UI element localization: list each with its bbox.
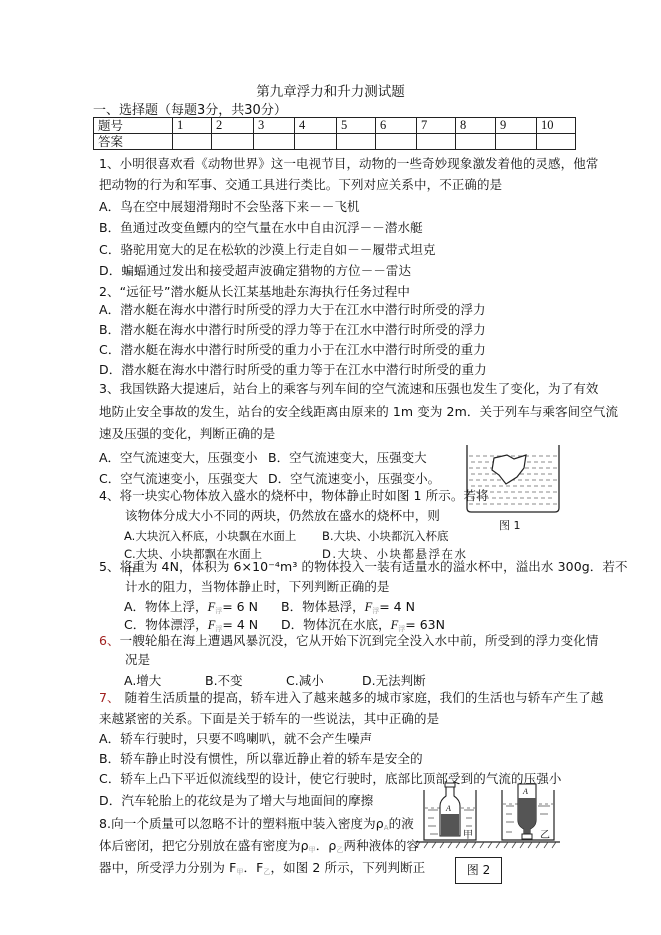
answer-cell-10[interactable] — [537, 134, 576, 150]
page-title: 第九章浮力和升力测试题 — [0, 80, 661, 100]
table-cell-col-8: 8 — [456, 118, 496, 134]
question-8-stem-line-2: 体后密闭，把它分别放在盛有密度为ρ甲．ρ乙两种液体的容 — [99, 838, 419, 858]
question-3-stem-line-2: 地防止安全事故的发生，站台的安全线距离由原来的 1m 变为 2m．关于列车与乘客… — [99, 404, 618, 419]
table-cell-col-10: 10 — [537, 118, 576, 134]
svg-text:A: A — [445, 804, 451, 813]
figure-2-label-yi: 乙 — [540, 829, 550, 841]
question-1-option-a: A．鸟在空中展翅滑翔时不会坠落下来－－飞机 — [99, 199, 360, 214]
answer-cell-6[interactable] — [376, 134, 417, 150]
table-cell-col-1: 1 — [173, 118, 212, 134]
question-7-stem-line-2: 来越紧密的关系。下面是关于轿车的一些说法，其中正确的是 — [99, 711, 439, 726]
table-cell-col-6: 6 — [376, 118, 417, 134]
question-6-stem-line-1: 6、一艘轮船在海上遭遇风暴沉没，它从开始下沉到完全没入水中前，所受到的浮力变化情 — [99, 633, 598, 648]
question-5-option-c: C．物体漂浮，F浮= 4 N — [124, 615, 258, 634]
question-1-option-d: D．蝙蝠通过发出和接受超声波确定猎物的方位－－雷达 — [99, 263, 411, 278]
question-4-option-a: A.大块沉入杯底，小块飘在水面上 — [124, 528, 296, 544]
table-header-question-number: 题号 — [94, 118, 173, 134]
question-6-option-a: A.增大 — [124, 671, 161, 689]
question-7-option-a: A．轿车行驶时，只要不鸣喇叭，就不会产生噪声 — [99, 731, 372, 746]
question-number: 6、 — [99, 633, 120, 648]
question-4-stem-line-1: 4、将一块实心物体放入盛水的烧杯中，物体静止时如图 1 所示。若将 — [99, 488, 489, 503]
table-cell-col-2: 2 — [212, 118, 254, 134]
question-7-stem-line-1: 7、随着生活质量的提高，轿车进入了越来越多的城市家庭，我们的生活也与轿车产生了越 — [99, 690, 603, 705]
svg-text:A: A — [522, 787, 528, 796]
question-5-option-b: B．物体悬浮，F浮= 4 N — [281, 597, 415, 616]
question-1-stem-line-2: 把动物的行为和军事、交通工具进行类比。下列对应关系中，不正确的是 — [99, 177, 502, 192]
answer-cell-7[interactable] — [417, 134, 456, 150]
question-2-option-c: C．潜水艇在海水中潜行时所受的重力小于在江水中潜行时所受的重力 — [99, 342, 486, 357]
figure-2-label-jia: 甲 — [463, 829, 473, 841]
question-2-stem: 2、“远征号”潜水艇从长江某基地赴东海执行任务过程中 — [99, 284, 410, 299]
question-number: 1、 — [99, 156, 120, 171]
question-3-stem-line-1: 3、我国铁路大提速后，站台上的乘客与列车间的空气流速和压强也发生了变化，为了有效 — [99, 381, 598, 396]
question-2-option-b: B．潜水艇在海水中潜行时所受的浮力等于在江水中潜行时所受的浮力 — [99, 322, 486, 337]
question-1-option-b: B．鱼通过改变鱼鳔内的空气量在水中自由沉浮－－潜水艇 — [99, 220, 423, 235]
answer-cell-1[interactable] — [173, 134, 212, 150]
question-6-option-c: C.减小 — [286, 671, 324, 689]
table-cell-col-5: 5 — [337, 118, 376, 134]
answer-cell-5[interactable] — [337, 134, 376, 150]
question-number: 2、 — [99, 284, 120, 299]
question-7-option-d: D．汽车轮胎上的花纹是为了增大与地面间的摩擦 — [99, 793, 373, 808]
figure-1-caption: 图 1 — [499, 517, 521, 533]
question-3-option-b: B．空气流速变大，压强变大 — [268, 448, 427, 466]
table-header-answer: 答案 — [94, 134, 173, 150]
answer-cell-3[interactable] — [254, 134, 295, 150]
question-1-stem-line-1: 1、小明很喜欢看《动物世界》这一电视节目，动物的一些奇妙现象激发着他的灵感，他常 — [99, 156, 598, 171]
answer-cell-8[interactable] — [456, 134, 496, 150]
table-row-question-numbers: 题号 1 2 3 4 5 6 7 8 9 10 — [94, 118, 576, 134]
question-5-option-a: A．物体上浮，F浮= 6 N — [124, 597, 258, 616]
question-6-option-d: D.无法判断 — [362, 671, 426, 689]
question-3-option-a: A．空气流速变大，压强变小 — [99, 448, 258, 466]
question-5-stem-line-1: 5、将重为 4N，体积为 6×10⁻⁴m³ 的物体投入一装有适量水的溢水杯中，溢… — [99, 559, 628, 574]
question-number: 7、 — [99, 690, 120, 705]
figure-2-caption: 图 2 — [455, 857, 502, 884]
question-6-stem-line-2: 况是 — [125, 652, 150, 667]
table-cell-col-9: 9 — [496, 118, 537, 134]
section-heading: 一、选择题（每题3分，共30分） — [93, 99, 287, 118]
figure-2-bottle-illustration: A 甲 A 乙 — [408, 780, 568, 858]
question-5-option-d: D．物体沉在水底，F浮= 63N — [281, 615, 445, 634]
question-number: 5、 — [99, 559, 120, 574]
question-5-stem-line-2: 计水的阻力，当物体静止时，下列判断正确的是 — [125, 579, 390, 594]
question-3-stem-line-3: 速及压强的变化，判断正确的是 — [99, 426, 275, 441]
question-number: 3、 — [99, 381, 120, 396]
table-row-answers: 答案 — [94, 134, 576, 150]
question-8-stem-line-1: 8.向一个质量可以忽略不计的塑料瓶中装入密度为ρA的液 — [99, 816, 414, 836]
question-7-option-b: B．轿车静止时没有惯性，所以靠近静止着的轿车是安全的 — [99, 751, 423, 766]
table-cell-col-3: 3 — [254, 118, 295, 134]
question-3-option-d: D．空气流速变小，压强变小。 — [268, 469, 440, 487]
question-2-option-a: A．潜水艇在海水中潜行时所受的浮力大于在江水中潜行时所受的浮力 — [99, 302, 486, 317]
answer-cell-9[interactable] — [496, 134, 537, 150]
table-cell-col-4: 4 — [295, 118, 337, 134]
answer-table: 题号 1 2 3 4 5 6 7 8 9 10 答案 — [93, 117, 576, 150]
answer-cell-4[interactable] — [295, 134, 337, 150]
question-2-option-d: D．潜水艇在海水中潜行时所受的重力等于在江水中潜行时所受的重力 — [99, 362, 487, 377]
table-cell-col-7: 7 — [417, 118, 456, 134]
question-1-option-c: C．骆驼用宽大的足在松软的沙漠上行走自如－－履带式坦克 — [99, 242, 435, 257]
question-6-option-b: B.不变 — [205, 671, 243, 689]
question-4-option-b: B.大块、小块都沉入杯底 — [322, 528, 449, 544]
question-8-stem-line-3: 器中，所受浮力分别为 F甲．F乙，如图 2 所示，下列判断正 — [99, 860, 425, 880]
answer-cell-2[interactable] — [212, 134, 254, 150]
question-3-option-c: C．空气流速变小，压强变大 — [99, 469, 258, 487]
question-4-stem-line-2: 该物体分成大小不同的两块，仍然放在盛水的烧杯中，则 — [125, 508, 440, 523]
question-number: 8. — [99, 816, 111, 831]
question-number: 4、 — [99, 488, 120, 503]
